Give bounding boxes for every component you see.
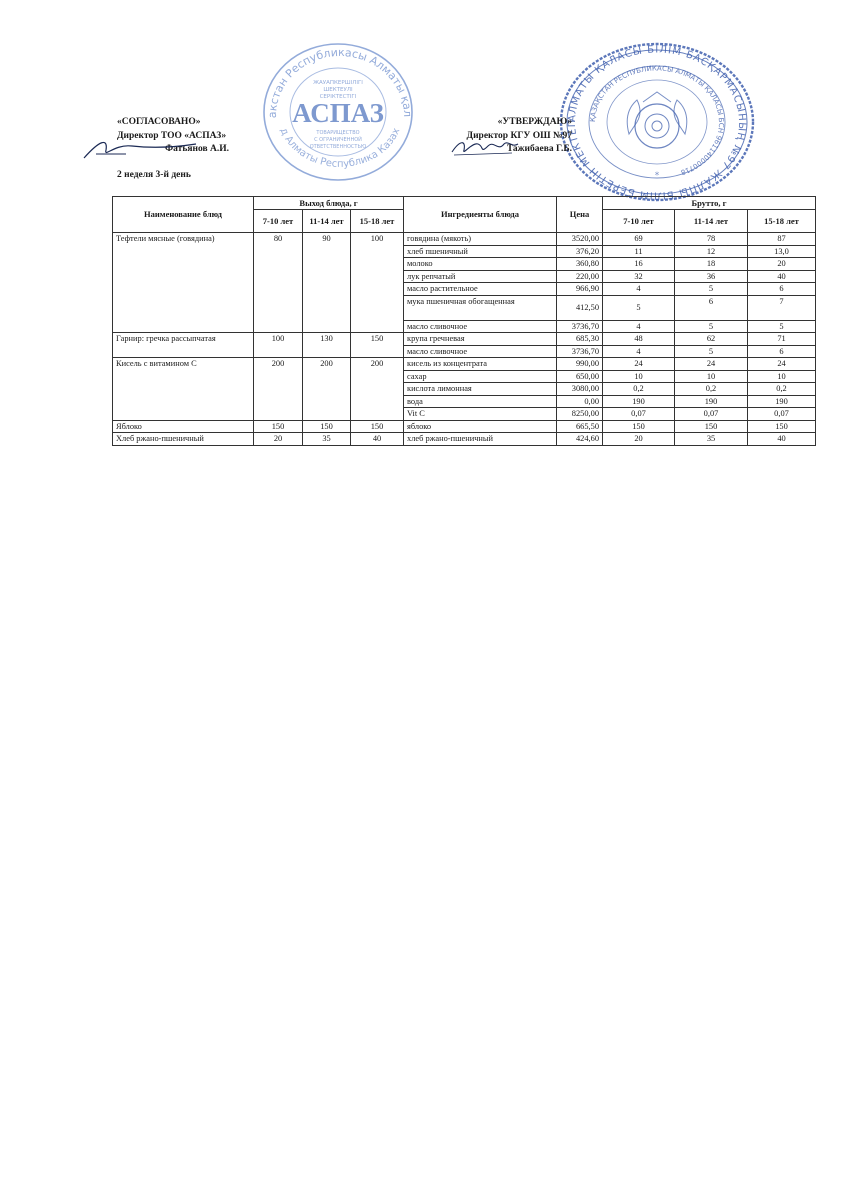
ingredient-name: Vit C	[404, 408, 557, 421]
ingredient-price: 990,00	[557, 358, 603, 371]
ingredient-gross: 24	[675, 358, 748, 371]
ingredient-gross: 6	[675, 295, 748, 320]
ingredient-price: 376,20	[557, 245, 603, 258]
ingredient-gross: 190	[603, 395, 675, 408]
ingredient-gross: 10	[675, 370, 748, 383]
dish-name: Гарнир: гречка рассыпчатая	[113, 333, 254, 358]
ingredient-gross: 69	[603, 233, 675, 246]
ingredient-name: масло сливочное	[404, 320, 557, 333]
ingredient-gross: 71	[748, 333, 816, 346]
approved-title: «УТВЕРЖДАЮ»	[466, 116, 572, 130]
ingredient-gross: 0,2	[675, 383, 748, 396]
agreed-name: Фатьянов А.И.	[117, 143, 229, 157]
svg-text:СЕРІКТЕСТІГІ: СЕРІКТЕСТІГІ	[320, 94, 357, 100]
ingredient-gross: 12	[675, 245, 748, 258]
header-gross-age-7-10: 7-10 лет	[603, 210, 675, 233]
ingredient-gross: 13,0	[748, 245, 816, 258]
ingredient-gross: 0,07	[748, 408, 816, 421]
dish-yield: 150	[254, 420, 303, 433]
table-row: Гарнир: гречка рассыпчатая100130150крупа…	[113, 333, 816, 346]
ingredient-gross: 62	[675, 333, 748, 346]
ingredient-gross: 10	[748, 370, 816, 383]
agreed-position: Директор ТОО «АСПАЗ»	[117, 130, 229, 144]
ingredient-gross: 0,07	[603, 408, 675, 421]
svg-text:ШЕКТЕУЛІ: ШЕКТЕУЛІ	[323, 87, 353, 93]
ingredient-name: молоко	[404, 258, 557, 271]
week-day-label: 2 неделя 3-й день	[117, 170, 191, 180]
approval-block-agreed: «СОГЛАСОВАНО» Директор ТОО «АСПАЗ» Фатья…	[117, 116, 229, 157]
svg-text:ЖАУАПКЕРШІЛІГІ: ЖАУАПКЕРШІЛІГІ	[313, 80, 363, 86]
svg-text:Казакстан Республикасы Алматы: Казакстан Республикасы Алматы қаласы	[258, 36, 414, 118]
ingredient-gross: 16	[603, 258, 675, 271]
dish-yield: 100	[254, 333, 303, 358]
ingredient-gross: 6	[748, 283, 816, 296]
dish-yield: 130	[303, 333, 351, 358]
header-yield-age-7-10: 7-10 лет	[254, 210, 303, 233]
ingredient-gross: 190	[675, 395, 748, 408]
header-dish-name: Наименование блюд	[113, 197, 254, 233]
ingredient-gross: 10	[603, 370, 675, 383]
ingredient-price: 424,60	[557, 433, 603, 446]
ingredient-gross: 190	[748, 395, 816, 408]
ingredient-gross: 20	[748, 258, 816, 271]
dish-yield: 200	[303, 358, 351, 421]
ingredient-price: 3736,70	[557, 320, 603, 333]
ingredient-price: 966,90	[557, 283, 603, 296]
ingredient-gross: 40	[748, 433, 816, 446]
ingredient-price: 665,50	[557, 420, 603, 433]
ingredient-name: хлеб ржано-пшеничный	[404, 433, 557, 446]
ingredient-price: 8250,00	[557, 408, 603, 421]
ingredient-gross: 24	[603, 358, 675, 371]
header-ingredients: Ингредиенты блюда	[404, 197, 557, 233]
table-row: Хлеб ржано-пшеничный203540хлеб ржано-пше…	[113, 433, 816, 446]
ingredient-gross: 4	[603, 345, 675, 358]
svg-text:С ОГРАНИЧЕННОЙ: С ОГРАНИЧЕННОЙ	[314, 136, 362, 143]
ingredient-gross: 150	[603, 420, 675, 433]
ingredient-name: говядина (мякоть)	[404, 233, 557, 246]
ingredient-gross: 6	[748, 345, 816, 358]
dish-yield: 150	[351, 333, 404, 358]
ingredient-gross: 40	[748, 270, 816, 283]
ingredient-price: 220,00	[557, 270, 603, 283]
ingredient-gross: 78	[675, 233, 748, 246]
ingredient-gross: 11	[603, 245, 675, 258]
svg-text:ҚАЗАҚСТАН РЕСПУБЛИКАСЫ АЛМАТЫ: ҚАЗАҚСТАН РЕСПУБЛИКАСЫ АЛМАТЫ ҚАЛАСЫ БСН…	[589, 64, 725, 176]
header-gross-age-15-18: 15-18 лет	[748, 210, 816, 233]
ingredient-name: сахар	[404, 370, 557, 383]
ingredient-price: 3736,70	[557, 345, 603, 358]
dish-yield: 200	[254, 358, 303, 421]
ingredient-gross: 5	[748, 320, 816, 333]
ingredient-name: хлеб пшеничный	[404, 245, 557, 258]
dish-yield: 150	[351, 420, 404, 433]
dish-name: Тефтели мясные (говядина)	[113, 233, 254, 333]
table-row: Яблоко150150150яблоко665,50150150150	[113, 420, 816, 433]
approval-block-approved: «УТВЕРЖДАЮ» Директор КГУ ОШ №97 Тажибаев…	[466, 116, 572, 157]
svg-text:*: *	[655, 171, 660, 181]
dish-yield: 150	[303, 420, 351, 433]
aspaz-company-stamp: Казакстан Республикасы Алматы қаласы гор…	[258, 36, 418, 181]
ingredient-gross: 5	[675, 283, 748, 296]
ingredient-gross: 0,2	[748, 383, 816, 396]
ingredient-name: крупа гречневая	[404, 333, 557, 346]
dish-yield: 35	[303, 433, 351, 446]
ingredient-gross: 150	[748, 420, 816, 433]
header-gross-age-11-14: 11-14 лет	[675, 210, 748, 233]
ingredient-gross: 4	[603, 283, 675, 296]
ingredient-price: 3520,00	[557, 233, 603, 246]
school-official-stamp: АЛМАТЫ ҚАЛАСЫ БІЛІМ БАСҚАРМАСЫНЫҢ №97 ЖА…	[555, 40, 760, 205]
ingredient-gross: 36	[675, 270, 748, 283]
svg-text:ОТВЕТСТВЕННОСТЬЮ: ОТВЕТСТВЕННОСТЬЮ	[310, 144, 367, 150]
ingredient-name: кислота лимонная	[404, 383, 557, 396]
dish-name: Кисель с витамином С	[113, 358, 254, 421]
ingredient-name: кисель из концентрата	[404, 358, 557, 371]
agreed-title: «СОГЛАСОВАНО»	[117, 116, 229, 130]
ingredient-name: масло сливочное	[404, 345, 557, 358]
dish-yield: 90	[303, 233, 351, 333]
ingredient-gross: 150	[675, 420, 748, 433]
ingredient-gross: 32	[603, 270, 675, 283]
ingredient-name: масло растительное	[404, 283, 557, 296]
table-row: Кисель с витамином С200200200кисель из к…	[113, 358, 816, 371]
svg-text:город Алматы Республика Казахс: город Алматы Республика Казахстан	[258, 36, 402, 170]
ingredient-gross: 87	[748, 233, 816, 246]
svg-text:АЛМАТЫ ҚАЛАСЫ БІЛІМ БАСҚАРМАСЫ: АЛМАТЫ ҚАЛАСЫ БІЛІМ БАСҚАРМАСЫНЫҢ №97 ЖА…	[567, 44, 747, 200]
svg-text:АСПАЗ: АСПАЗ	[292, 98, 384, 128]
dish-yield: 200	[351, 358, 404, 421]
dish-name: Яблоко	[113, 420, 254, 433]
ingredient-gross: 0,2	[603, 383, 675, 396]
ingredient-price: 650,00	[557, 370, 603, 383]
approved-name: Тажибаева Г.Б.	[466, 143, 572, 157]
approved-position: Директор КГУ ОШ №97	[466, 130, 572, 144]
table-row: Тефтели мясные (говядина)8090100говядина…	[113, 233, 816, 246]
ingredient-gross: 20	[603, 433, 675, 446]
ingredient-gross: 5	[675, 320, 748, 333]
ingredient-gross: 4	[603, 320, 675, 333]
ingredient-price: 685,30	[557, 333, 603, 346]
dish-name: Хлеб ржано-пшеничный	[113, 433, 254, 446]
ingredient-name: лук репчатый	[404, 270, 557, 283]
ingredient-gross: 7	[748, 295, 816, 320]
ingredient-name: вода	[404, 395, 557, 408]
header-yield-age-11-14: 11-14 лет	[303, 210, 351, 233]
ingredient-price: 0,00	[557, 395, 603, 408]
ingredient-price: 360,80	[557, 258, 603, 271]
ingredient-price: 3080,00	[557, 383, 603, 396]
ingredient-price: 412,50	[557, 295, 603, 320]
ingredient-gross: 5	[675, 345, 748, 358]
dish-yield: 20	[254, 433, 303, 446]
menu-table: Наименование блюд Выход блюда, г Ингреди…	[112, 196, 816, 446]
header-yield-age-15-18: 15-18 лет	[351, 210, 404, 233]
header-yield: Выход блюда, г	[254, 197, 404, 210]
ingredient-gross: 48	[603, 333, 675, 346]
ingredient-gross: 24	[748, 358, 816, 371]
ingredient-gross: 18	[675, 258, 748, 271]
ingredient-gross: 5	[603, 295, 675, 320]
ingredient-name: мука пшеничная обогащенная	[404, 295, 557, 320]
ingredient-gross: 35	[675, 433, 748, 446]
menu-table-body: Тефтели мясные (говядина)8090100говядина…	[113, 233, 816, 446]
dish-yield: 100	[351, 233, 404, 333]
ingredient-gross: 0,07	[675, 408, 748, 421]
header-gross: Брутто, г	[603, 197, 816, 210]
svg-text:ТОВАРИЩЕСТВО: ТОВАРИЩЕСТВО	[315, 130, 359, 136]
dish-yield: 80	[254, 233, 303, 333]
header-price: Цена	[557, 197, 603, 233]
dish-yield: 40	[351, 433, 404, 446]
ingredient-name: яблоко	[404, 420, 557, 433]
